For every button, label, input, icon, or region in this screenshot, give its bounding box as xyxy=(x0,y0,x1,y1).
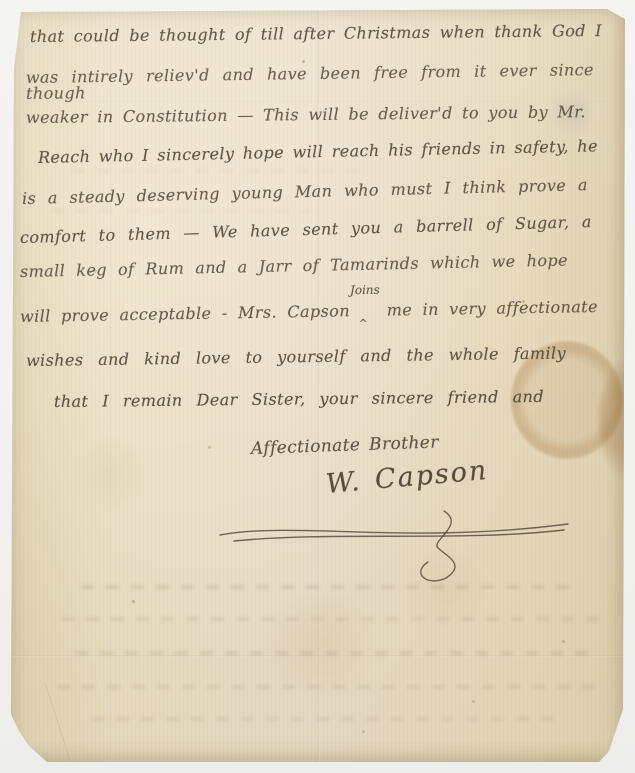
bleedthrough-line xyxy=(51,209,311,213)
letter-line-6: comfort to them — We have sent you a bar… xyxy=(20,214,592,246)
bleedthrough-line xyxy=(61,617,601,621)
blot-stain-1 xyxy=(261,589,381,699)
letter-line-2: was intirely reliev'd and have been free… xyxy=(26,62,594,102)
letter-line-4: Reach who I sincerely hope will reach hi… xyxy=(38,138,598,166)
inserted-word: Joins xyxy=(350,284,380,297)
letter-line-7: small keg of Rum and a Jarr of Tamarinds… xyxy=(20,253,568,280)
signature-flourish xyxy=(216,509,581,594)
insertion-mark: Joins^ xyxy=(360,300,376,316)
bleedthrough-line xyxy=(81,585,581,589)
letter-line-8: will prove acceptable - Mrs. Capson Join… xyxy=(20,296,598,325)
blot-stain-2 xyxy=(401,549,491,629)
letter-page: that could be thought of till after Chri… xyxy=(11,9,625,762)
signature: W. Capson xyxy=(325,448,586,498)
closing-line: Affectionate Brother xyxy=(251,433,491,458)
insertion-caret: ^ xyxy=(358,318,368,329)
paper-speckles xyxy=(11,9,12,10)
edge-stain xyxy=(599,359,635,479)
bleedthrough-line xyxy=(57,685,605,689)
letter-line-1: that could be thought of till after Chri… xyxy=(30,23,602,45)
bleedthrough-line xyxy=(71,169,371,173)
line-8-after: me in very affectionate xyxy=(387,297,599,320)
bleedthrough-line xyxy=(75,651,595,655)
letter-line-3: weaker in Constitution — This will be de… xyxy=(26,104,586,126)
corner-crease xyxy=(45,683,75,771)
letter-line-5: is a steady deserving young Man who must… xyxy=(22,177,588,207)
blot-stain-3 xyxy=(71,439,151,509)
fold-crease-horizontal-lower xyxy=(11,655,625,657)
line-8-before: will prove acceptable - Mrs. Capson xyxy=(20,301,350,326)
letter-line-9: wishes and kind love to yourself and the… xyxy=(26,345,566,369)
bleedthrough-line xyxy=(91,717,561,721)
letter-line-10: that I remain Dear Sister, your sincere … xyxy=(54,389,544,410)
